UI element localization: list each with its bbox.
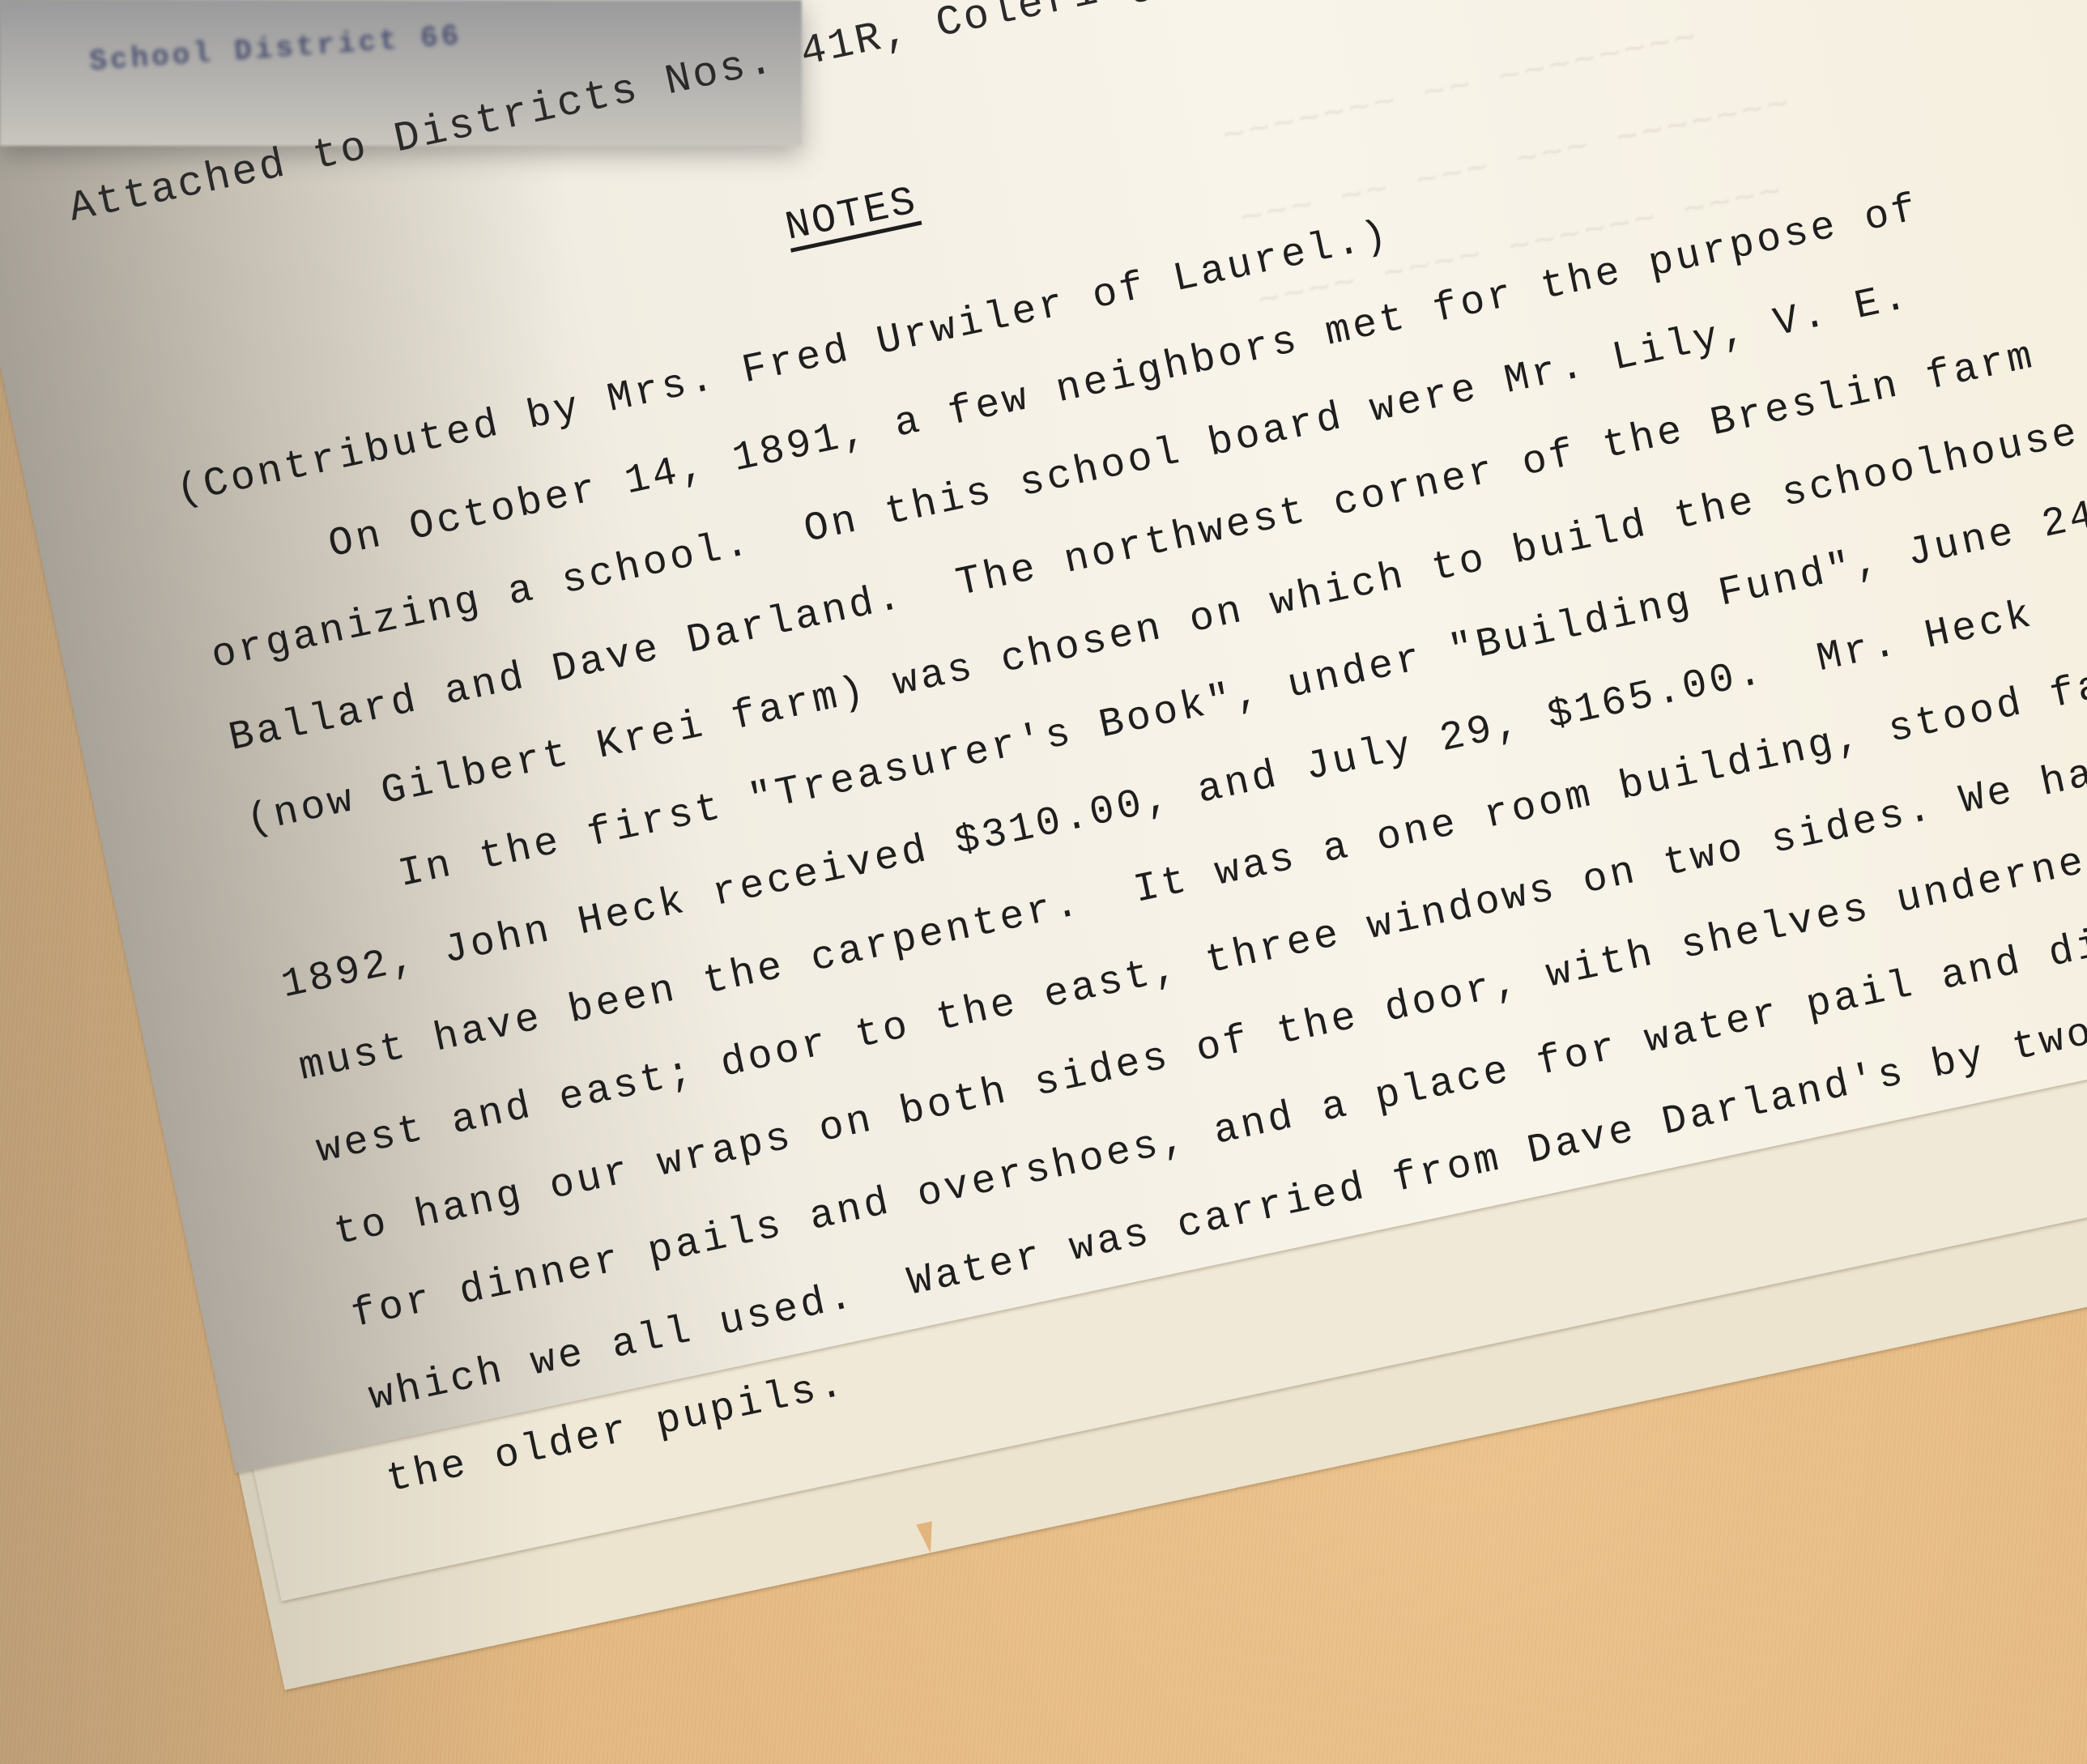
district-label: School District 66 [88, 19, 463, 79]
